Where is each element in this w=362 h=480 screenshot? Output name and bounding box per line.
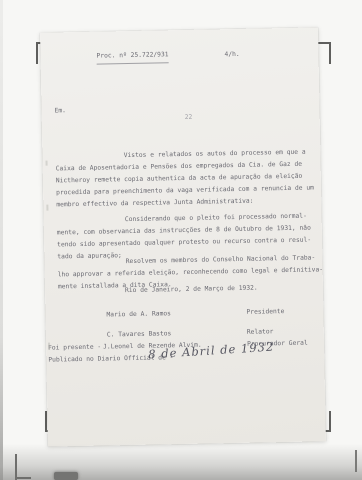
document-page: Proc. nº 25.722/931 4/h. Em. 22 Vistos e… xyxy=(40,27,326,446)
paragraph-preamble: Vistos e relatados os autos do processo … xyxy=(55,146,324,211)
bottom-left-ink-blob xyxy=(54,472,78,480)
margin-note: Em. xyxy=(54,105,66,117)
left-edge-shade xyxy=(0,0,3,480)
paper-speck xyxy=(46,205,48,211)
signature-president-name: Mario de A. Ramos xyxy=(106,308,171,321)
signature-relator-role: Relator xyxy=(247,326,274,339)
paper-speck xyxy=(46,161,48,166)
presence-prefix: Foi presente - xyxy=(48,342,101,355)
reference-mark: 4/h. xyxy=(224,49,239,61)
bottom-left-frame-mark-icon xyxy=(15,477,31,479)
date-line: Rio de Janeiro, 2 de Março de 1932. xyxy=(125,283,258,298)
process-number: Proc. nº 25.722/931 xyxy=(96,49,168,64)
paper-speck xyxy=(48,343,50,350)
bottom-right-frame-mark-icon xyxy=(355,450,357,472)
signature-president-role: Presidente xyxy=(246,306,284,319)
microfilm-photo-frame: Proc. nº 25.722/931 4/h. Em. 22 Vistos e… xyxy=(0,0,362,480)
page-number: 22 xyxy=(185,112,193,124)
